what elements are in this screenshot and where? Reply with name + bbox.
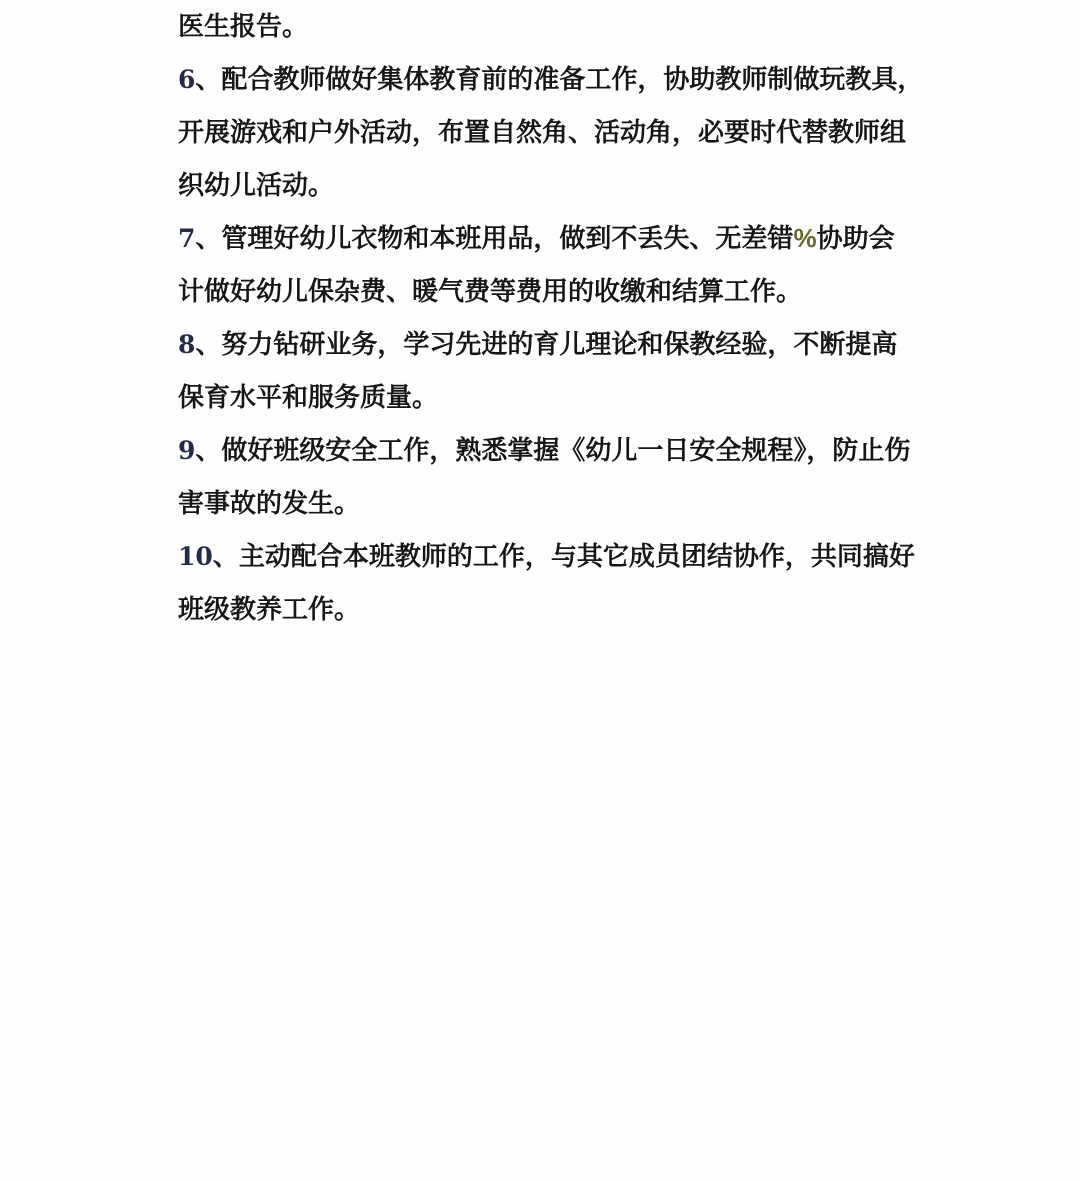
line-text: 医生报告。: [178, 11, 308, 41]
text-line: 保育水平和服务质量。: [178, 371, 923, 424]
text-line: 织幼儿活动。: [178, 159, 923, 212]
text-block: 医生报告。 6、配合教师做好集体教育前的准备工作，协助教师制做玩教具， 开展游戏…: [178, 0, 923, 636]
item-number: 7: [178, 224, 195, 253]
line-text: 努力钻研业务，学习先进的育儿理论和保教经验，不断提高: [221, 329, 897, 359]
line-text: 管理好幼儿衣物和本班用品，做到不丢失、无差错: [221, 223, 793, 253]
text-line: 6、配合教师做好集体教育前的准备工作，协助教师制做玩教具，: [178, 53, 923, 106]
item-number-separator: 、: [195, 223, 221, 253]
item-number-separator: 、: [195, 64, 221, 94]
text-line: 9、做好班级安全工作，熟悉掌握《幼儿一日安全规程》，防止伤: [178, 424, 923, 477]
line-text: 协助会: [817, 223, 895, 253]
text-line: 班级教养工作。: [178, 583, 923, 636]
text-line: 开展游戏和户外活动，布置自然角、活动角，必要时代替教师组: [178, 106, 923, 159]
item-number: 6: [178, 65, 195, 94]
line-text: 班级教养工作。: [178, 594, 360, 624]
line-text: 织幼儿活动。: [178, 170, 334, 200]
line-text: 做好班级安全工作，熟悉掌握《幼儿一日安全规程》，防止伤: [221, 435, 910, 465]
text-line: 8、努力钻研业务，学习先进的育儿理论和保教经验，不断提高: [178, 318, 923, 371]
text-line: 计做好幼儿保杂费、暖气费等费用的收缴和结算工作。: [178, 265, 923, 318]
text-line: 10、主动配合本班教师的工作，与其它成员团结协作，共同搞好: [178, 530, 923, 583]
text-line: 医生报告。: [178, 0, 923, 53]
line-text: 主动配合本班教师的工作，与其它成员团结协作，共同搞好: [239, 541, 915, 571]
line-text: 保育水平和服务质量。: [178, 382, 438, 412]
text-line: 7、管理好幼儿衣物和本班用品，做到不丢失、无差错%协助会: [178, 212, 923, 265]
document-page: 医生报告。 6、配合教师做好集体教育前的准备工作，协助教师制做玩教具， 开展游戏…: [0, 0, 1080, 1181]
item-number-separator: 、: [195, 435, 221, 465]
item-number: 8: [178, 330, 195, 359]
line-text: 害事故的发生。: [178, 488, 360, 518]
line-text: 计做好幼儿保杂费、暖气费等费用的收缴和结算工作。: [178, 276, 802, 306]
item-number-separator: 、: [213, 541, 239, 571]
item-number: 10: [178, 542, 213, 571]
item-number-separator: 、: [195, 329, 221, 359]
line-text: 开展游戏和户外活动，布置自然角、活动角，必要时代替教师组: [178, 117, 906, 147]
item-number: 9: [178, 436, 195, 465]
text-line: 害事故的发生。: [178, 477, 923, 530]
line-text: 配合教师做好集体教育前的准备工作，协助教师制做玩教具，: [221, 64, 923, 94]
percent-mark: %: [793, 223, 816, 253]
